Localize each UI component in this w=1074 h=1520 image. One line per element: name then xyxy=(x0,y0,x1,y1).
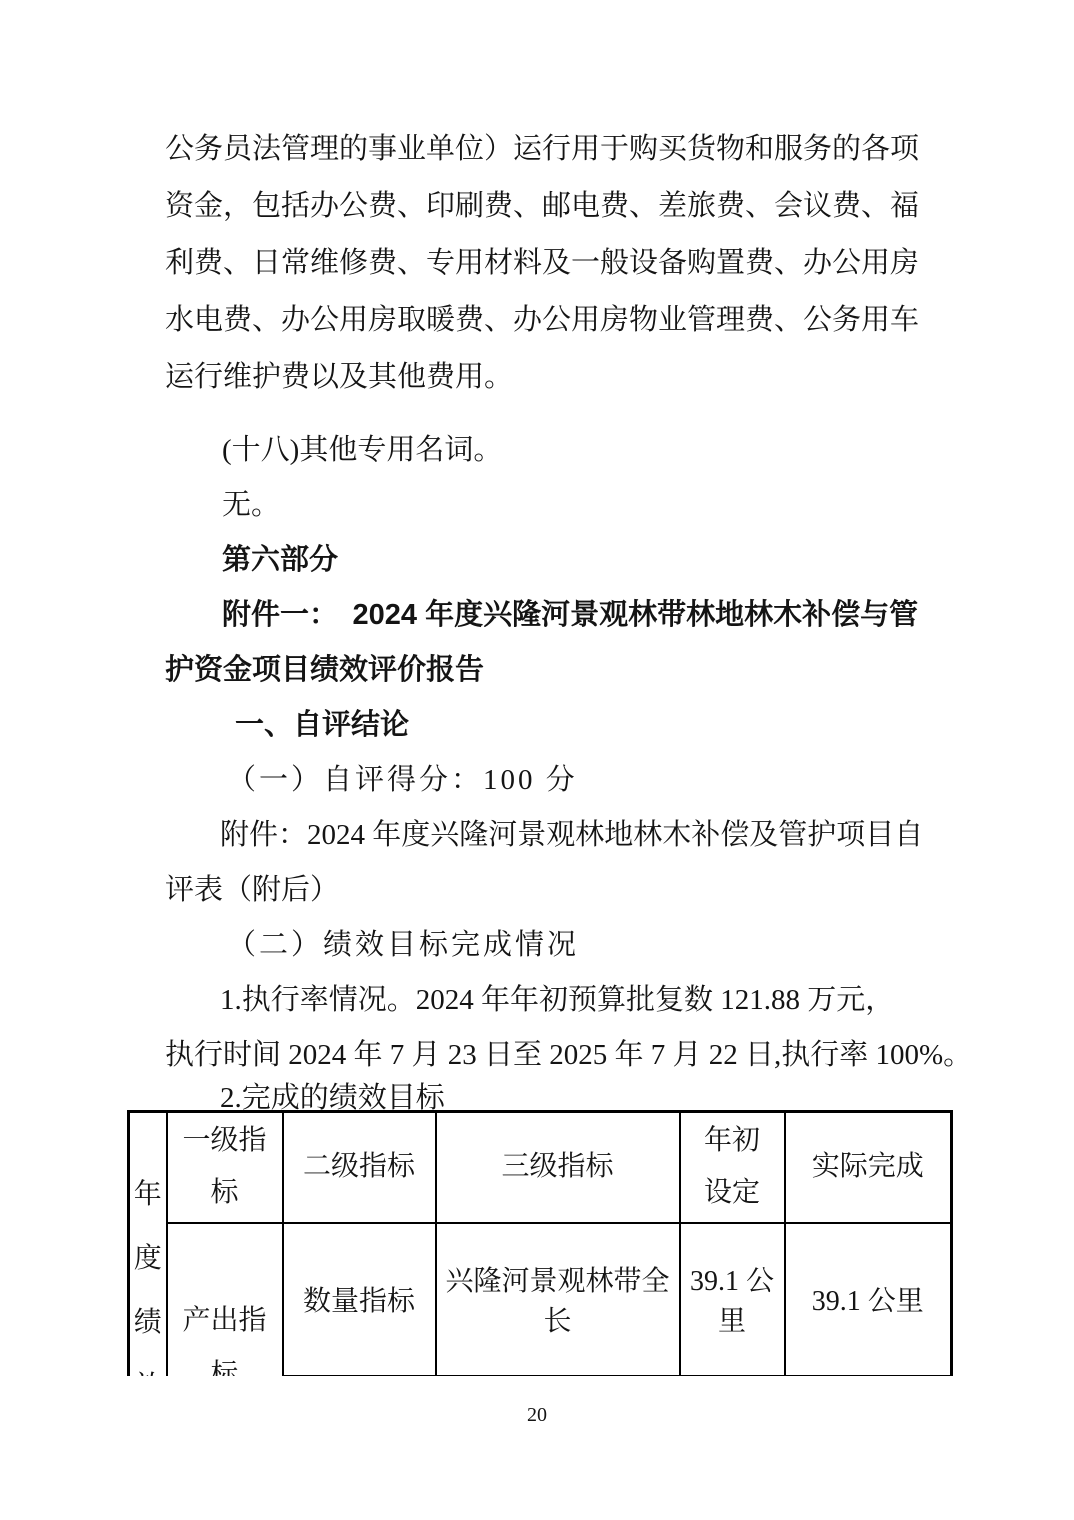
heading-self-evaluation-conclusion: 一、自评结论 xyxy=(235,698,955,753)
table-row-1: 产出指 标 数量指标 兴隆河景观林带全长 39.1 公里 39.1 公里 xyxy=(129,1223,952,1377)
paragraph-none: 无。 xyxy=(222,478,955,533)
attachment-note-line-2: 评表（附后） xyxy=(165,863,955,918)
vertical-char-1: 年 xyxy=(134,1181,162,1209)
heading-attachment-title-line-1: 附件一： 2024 年度兴隆河景观林带林地林木补偿与管 xyxy=(222,588,955,643)
paragraph-funds-line-5: 运行维护费以及其他费用。 xyxy=(165,349,955,406)
paragraph-funds-line-1: 公务员法管理的事业单位）运行用于购买货物和服务的各项 xyxy=(165,121,955,178)
cell-row1-level3: 兴隆河景观林带全长 xyxy=(436,1223,680,1377)
performance-goals-table-grid: 年 度 绩 效 一级指 标 二级指标 三级指标 年初 设定 实际完成 产出指 标… xyxy=(127,1110,953,1376)
table-header-row: 年 度 绩 效 一级指 标 二级指标 三级指标 年初 设定 实际完成 xyxy=(129,1112,952,1223)
column-header-level2: 二级指标 xyxy=(283,1112,436,1223)
paragraph-funds-line-3: 利费、日常维修费、专用材料及一般设备购置费、办公用房 xyxy=(165,235,955,292)
cell-row1-level2: 数量指标 xyxy=(283,1223,436,1377)
execution-rate-line-1: 1.执行率情况。2024 年年初预算批复数 121.88 万元， xyxy=(220,973,955,1028)
paragraph-funds-line-2: 资金，包括办公费、印刷费、邮电费、差旅费、会议费、福 xyxy=(165,178,955,235)
column-header-level1: 一级指 标 xyxy=(167,1112,283,1223)
heading-attachment-title-line-2: 护资金项目绩效评价报告 xyxy=(165,643,955,698)
paragraph-funds-line-4: 水电费、办公用房取暖费、办公用房物业管理费、公务用车 xyxy=(165,292,955,349)
vertical-char-4: 效 xyxy=(134,1373,162,1376)
document-page: 公务员法管理的事业单位）运行用于购买货物和服务的各项 资金，包括办公费、印刷费、… xyxy=(0,0,1074,1520)
cell-row1-actual: 39.1 公里 xyxy=(785,1223,952,1377)
cell-level1-output-indicator: 产出指 标 xyxy=(167,1223,283,1377)
document-content: 公务员法管理的事业单位）运行用于购买货物和服务的各项 资金，包括办公费、印刷费、… xyxy=(165,0,955,1376)
column-header-level3: 三级指标 xyxy=(436,1112,680,1223)
heading-part-six: 第六部分 xyxy=(222,533,955,588)
row-header-vertical-text: 年 度 绩 效 xyxy=(130,1165,166,1376)
row-header-annual-performance: 年 度 绩 效 xyxy=(129,1112,167,1377)
item-self-score: （一）自评得分：100 分 xyxy=(227,753,955,808)
attachment-note-line-1: 附件：2024 年度兴隆河景观林地林木补偿及管护项目自 xyxy=(220,808,955,863)
item-goal-completion: （二）绩效目标完成情况 xyxy=(227,918,955,973)
page-number: 20 xyxy=(0,1404,1074,1426)
paragraph-other-terms: (十八)其他专用名词。 xyxy=(222,423,955,478)
cell-row1-initial: 39.1 公里 xyxy=(680,1223,785,1377)
column-header-initial: 年初 设定 xyxy=(680,1112,785,1223)
performance-goals-table: 年 度 绩 效 一级指 标 二级指标 三级指标 年初 设定 实际完成 产出指 标… xyxy=(127,1110,961,1376)
vertical-char-2: 度 xyxy=(134,1245,162,1273)
column-header-actual: 实际完成 xyxy=(785,1112,952,1223)
vertical-char-3: 绩 xyxy=(134,1309,162,1337)
